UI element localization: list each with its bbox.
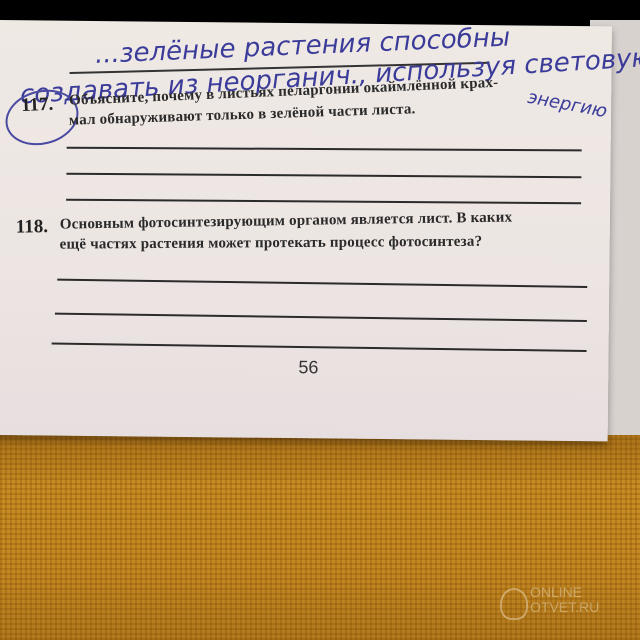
question-118-text-line2: ещё частях растения может протекать проц… — [60, 234, 483, 254]
handwritten-margin-note: энергию — [526, 87, 609, 122]
black-top-border — [0, 0, 640, 20]
watermark-line1: ONLINE — [530, 585, 599, 600]
answer-line — [66, 199, 581, 205]
workbook-page: ...зелёные растения способны создавать и… — [0, 20, 612, 441]
question-117-number: 117. — [21, 94, 54, 117]
answer-line — [57, 279, 587, 288]
question-118-number: 118. — [16, 216, 49, 239]
answer-line — [55, 313, 587, 322]
watermark: ONLINE OTVET.RU — [530, 585, 599, 615]
lightbulb-icon — [500, 588, 528, 620]
answer-line — [52, 343, 587, 352]
answer-line — [66, 173, 581, 179]
watermark-line2: OTVET.RU — [530, 600, 599, 615]
answer-line — [67, 147, 582, 152]
question-118-text-line1: Основным фотосинтезирующим органом являе… — [60, 210, 513, 234]
page-number: 56 — [298, 357, 318, 378]
